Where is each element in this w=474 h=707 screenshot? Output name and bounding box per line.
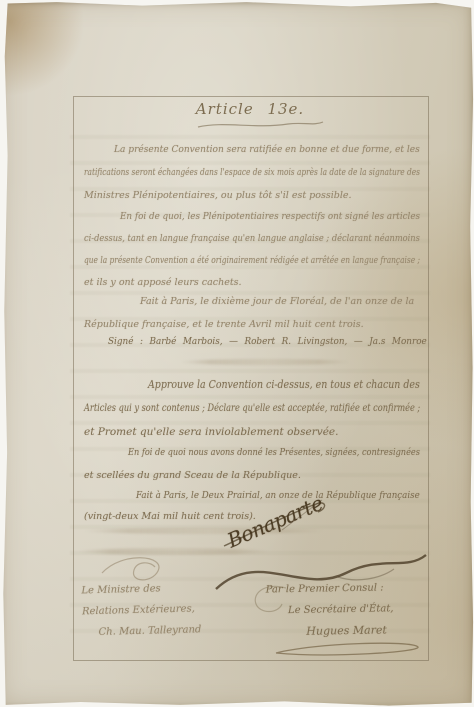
signatories-line: Signé : Barbé Marbois, — Robert R. Livin… bbox=[108, 336, 427, 347]
talleyrand-signature-block: Le Ministre des Relations Extérieures, C… bbox=[81, 576, 263, 644]
talleyrand-autograph: Ch. Mau. Talleyrand bbox=[98, 618, 262, 643]
witness-paragraph: En foi de quoi, les Plénipotentiaires re… bbox=[84, 206, 420, 294]
manuscript-line: Ministres Plénipotentiaires, ou plus tôt… bbox=[84, 184, 420, 207]
manuscript-line: que la présente Convention a été origina… bbox=[84, 250, 347, 272]
manuscript-line: Fait à Paris, le dixième jour de Floréal… bbox=[140, 290, 420, 313]
ratification-paragraph: En foi de quoi nous avons donné les Prés… bbox=[84, 441, 420, 487]
manuscript-line: La présente Convention sera ratifiée en … bbox=[114, 138, 406, 161]
maret-autograph: Hugues Maret bbox=[306, 619, 436, 642]
document-photo: Article 13e. La présente Convention sera… bbox=[0, 0, 474, 707]
manuscript-line: Articles qui y sont contenus ; Déclare q… bbox=[84, 396, 346, 420]
manuscript-line: Fait à Paris, le Deux Prairial, an onze … bbox=[136, 485, 395, 506]
manuscript-line: République française, et le trente Avril… bbox=[84, 313, 420, 336]
faded-ink-trace bbox=[180, 359, 350, 365]
article-heading: Article 13e. bbox=[73, 100, 427, 118]
article-paragraph: La présente Convention sera ratifiée en … bbox=[84, 138, 420, 207]
maret-signature-block: Par le Premier Consul : Le Secrétaire d'… bbox=[265, 577, 436, 643]
manuscript-line: et scellées du grand Sceau de la Républi… bbox=[84, 464, 420, 487]
manuscript-line: ratifications seront échangées dans l'es… bbox=[84, 161, 346, 184]
manuscript-line: Approuve la Convention ci-dessus, en tou… bbox=[148, 372, 371, 396]
manuscript-line: Le Secrétaire d'État, bbox=[288, 598, 436, 622]
manuscript-line: En foi de quoi, les Plénipotentiaires re… bbox=[120, 206, 397, 228]
dateline-paragraph: Fait à Paris, le dixième jour de Floréal… bbox=[84, 290, 420, 336]
manuscript-line: ci-dessus, tant en langue française qu'e… bbox=[84, 228, 376, 250]
manuscript-line: En foi de quoi nous avons donné les Prés… bbox=[128, 441, 379, 464]
manuscript-line: Par le Premier Consul : bbox=[265, 577, 435, 601]
approval-paragraph: Approuve la Convention ci-dessus, en tou… bbox=[84, 372, 420, 444]
